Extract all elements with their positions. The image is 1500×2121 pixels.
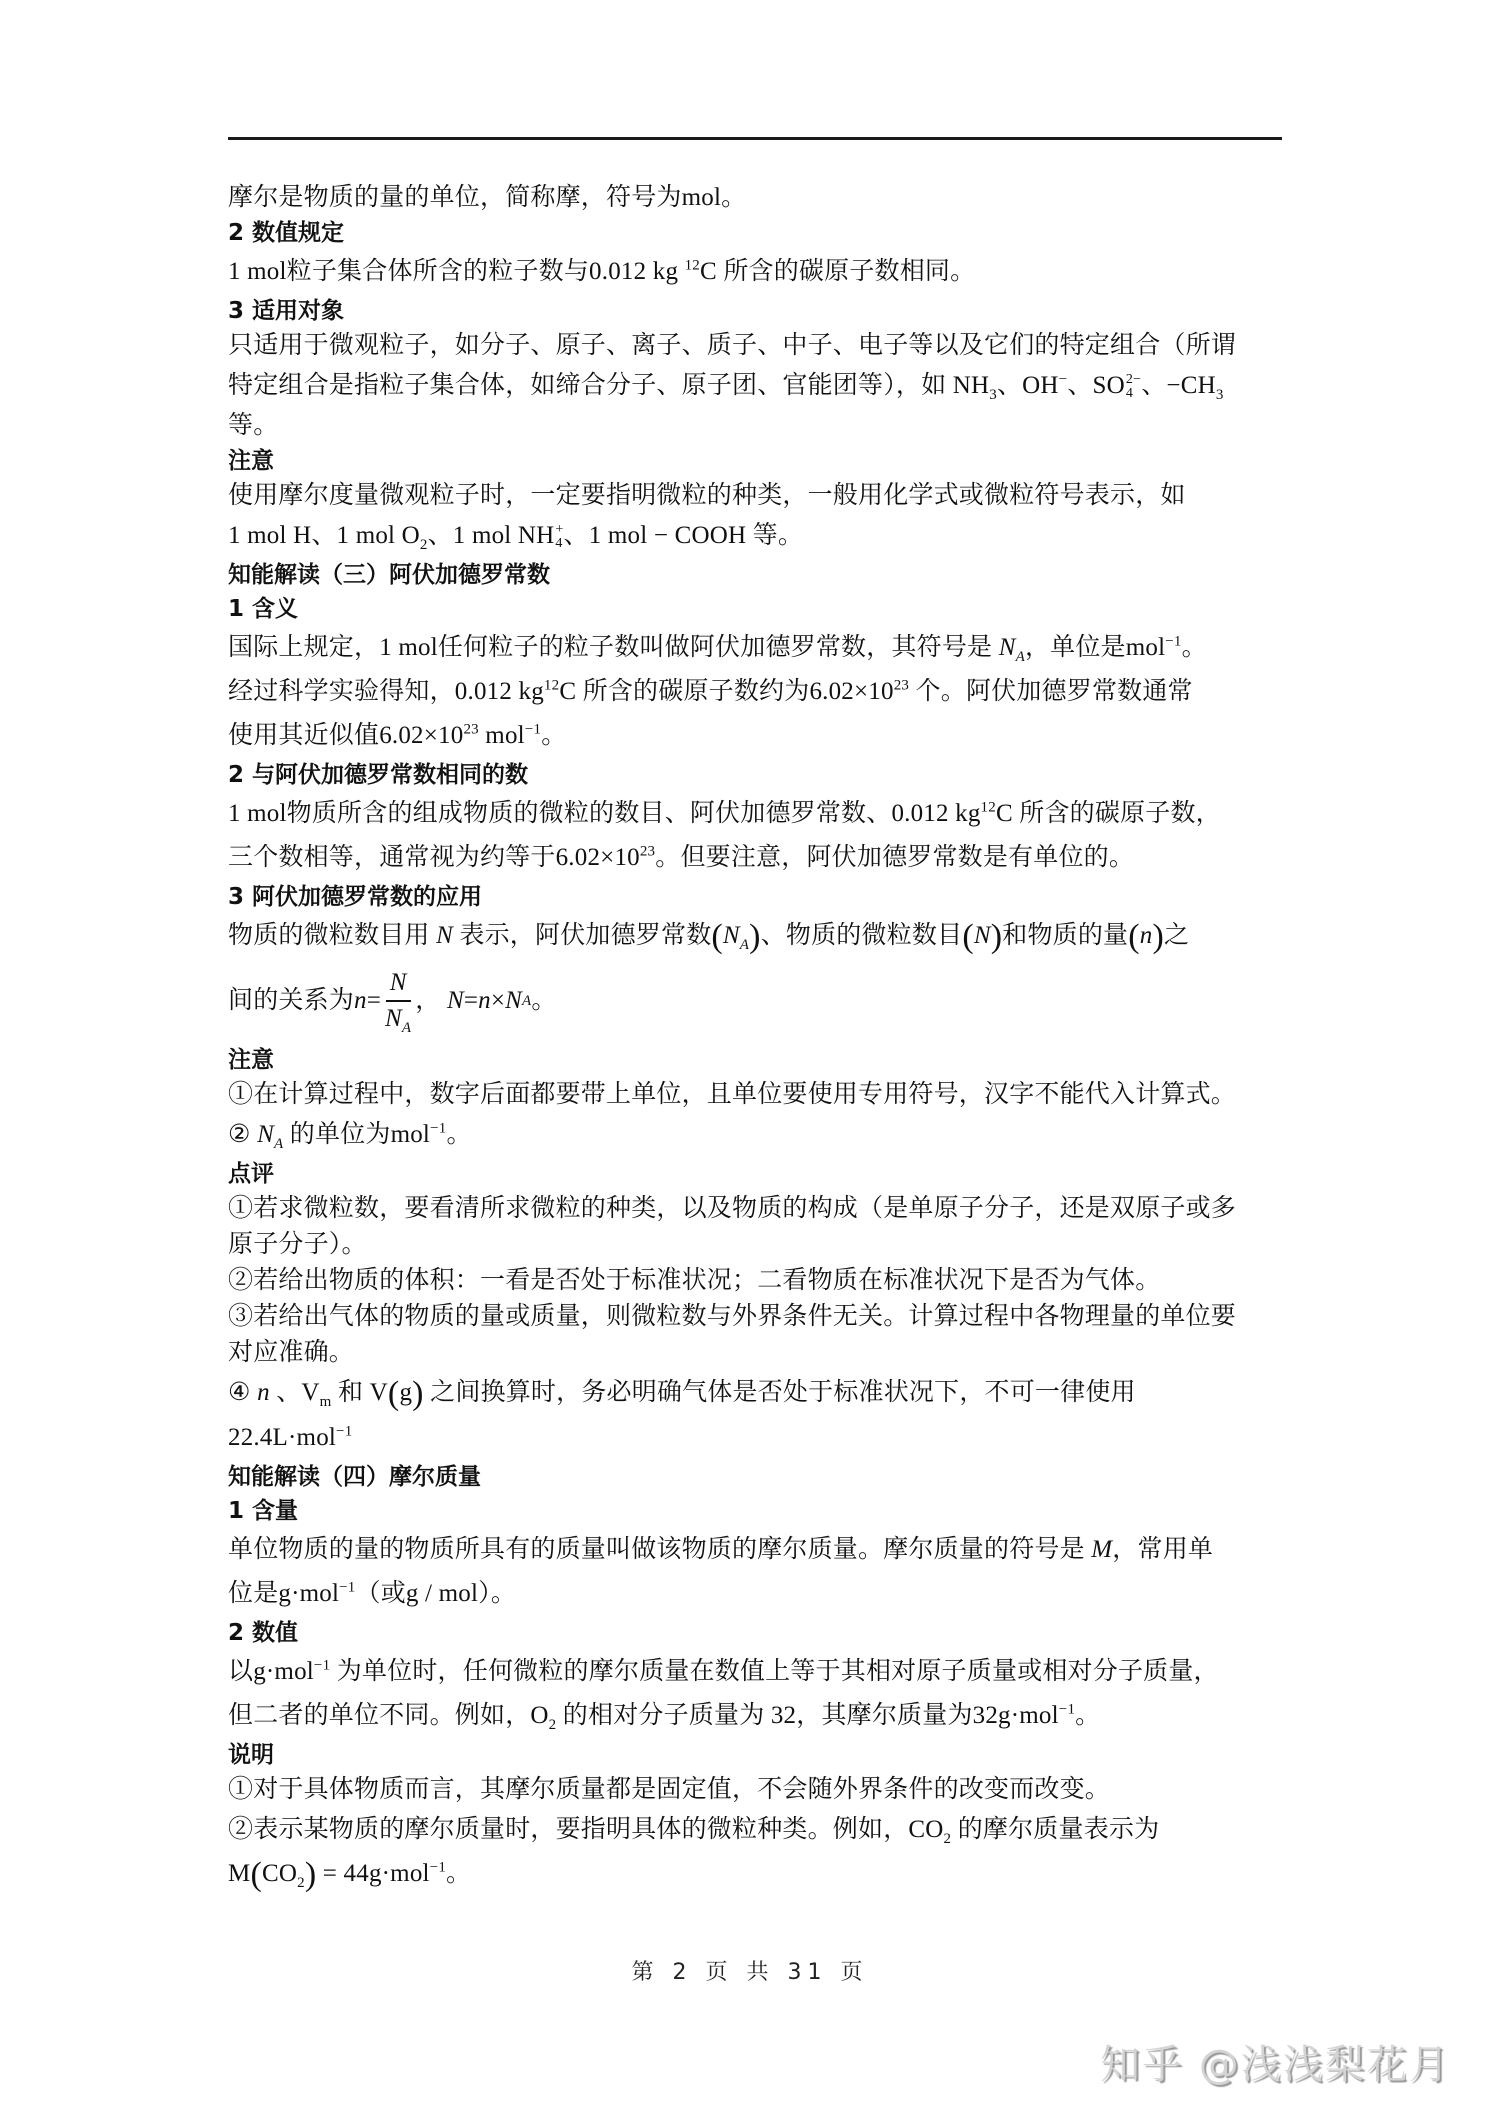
paragraph: 1 mol物质所含的组成物质的微粒的数目、阿伏加德罗常数、0.012 kg12C… xyxy=(228,792,1284,836)
paragraph: 1 mol粒子集合体所含的粒子数与0.012 kg 12C 所含的碳原子数相同。 xyxy=(228,250,1284,294)
paragraph: 原子分子）。 xyxy=(228,1227,1284,1263)
paragraph: 对应准确。 xyxy=(228,1335,1284,1371)
paragraph: ①若求微粒数，要看清所求微粒的种类，以及物质的构成（是单原子分子，还是双原子或多 xyxy=(228,1191,1284,1227)
watermark: 知乎 @浅浅梨花月 xyxy=(1100,2033,1451,2090)
paragraph: 物质的微粒数目用 N 表示，阿伏加德罗常数(NA)、物质的微粒数目(N)和物质的… xyxy=(228,914,1284,959)
review-heading: 点评 xyxy=(228,1157,1284,1191)
paragraph: 经过科学实验得知，0.012 kg12C 所含的碳原子数约为6.02×1023 … xyxy=(228,670,1284,714)
page-number: 第 2 页 共 31 页 xyxy=(0,1955,1500,1986)
paragraph: ② NA 的单位为mol−1。 xyxy=(228,1113,1284,1157)
paragraph: ④ n 、Vm 和 V(g) 之间换算时，务必明确气体是否处于标准状况下，不可一… xyxy=(228,1371,1284,1416)
note-heading: 注意 xyxy=(228,1043,1284,1077)
section-heading: 1 含义 xyxy=(228,592,1284,626)
paragraph: ③若给出气体的物质的量或质量，则微粒数与外界条件无关。计算过程中各物理量的单位要 xyxy=(228,1299,1284,1335)
paragraph: 1 mol H、1 mol O2、1 mol NH+4、1 mol − COOH… xyxy=(228,514,1284,558)
section-heading: 3 适用对象 xyxy=(228,294,1284,328)
document-body: 摩尔是物质的量的单位，简称摩，符号为mol。 2 数值规定 1 mol粒子集合体… xyxy=(228,180,1284,1897)
paragraph: 使用其近似值6.02×1023 mol−1。 xyxy=(228,714,1284,758)
formula-line: 间的关系为 n = NNA， N = n×NA。 xyxy=(228,959,1284,1043)
paragraph: ①对于具体物质而言，其摩尔质量都是固定值，不会随外界条件的改变而改变。 xyxy=(228,1772,1284,1808)
section-heading: 2 数值规定 xyxy=(228,216,1284,250)
paragraph: 使用摩尔度量微观粒子时，一定要指明微粒的种类，一般用化学式或微粒符号表示，如 xyxy=(228,478,1284,514)
note-heading: 注意 xyxy=(228,444,1284,478)
paragraph: 特定组合是指粒子集合体，如缔合分子、原子团、官能团等），如 NH3、OH−、SO… xyxy=(228,364,1284,408)
paragraph: 三个数相等，通常视为约等于6.02×1023。但要注意，阿伏加德罗常数是有单位的… xyxy=(228,836,1284,880)
explain-heading: 说明 xyxy=(228,1738,1284,1772)
paragraph: 位是g·mol−1（或g / mol）。 xyxy=(228,1572,1284,1616)
paragraph: 摩尔是物质的量的单位，简称摩，符号为mol。 xyxy=(228,180,1284,216)
chapter-heading: 知能解读（三）阿伏加德罗常数 xyxy=(228,558,1284,592)
paragraph: M(CO2) = 44g·mol−1。 xyxy=(228,1852,1284,1897)
section-heading: 3 阿伏加德罗常数的应用 xyxy=(228,880,1284,914)
paragraph: 只适用于微观粒子，如分子、原子、离子、质子、中子、电子等以及它们的特定组合（所谓 xyxy=(228,328,1284,364)
chapter-heading: 知能解读（四）摩尔质量 xyxy=(228,1460,1284,1494)
paragraph: ②表示某物质的摩尔质量时，要指明具体的微粒种类。例如，CO2 的摩尔质量表示为 xyxy=(228,1808,1284,1852)
paragraph: 国际上规定，1 mol任何粒子的粒子数叫做阿伏加德罗常数，其符号是 NA，单位是… xyxy=(228,626,1284,670)
section-heading: 2 与阿伏加德罗常数相同的数 xyxy=(228,758,1284,792)
paragraph: 等。 xyxy=(228,408,1284,444)
section-heading: 2 数值 xyxy=(228,1616,1284,1650)
paragraph: 但二者的单位不同。例如，O2 的相对分子质量为 32，其摩尔质量为32g·mol… xyxy=(228,1694,1284,1738)
paragraph: 单位物质的量的物质所具有的质量叫做该物质的摩尔质量。摩尔质量的符号是 M，常用单 xyxy=(228,1528,1284,1572)
section-heading: 1 含量 xyxy=(228,1494,1284,1528)
paragraph: 以g·mol−1 为单位时，任何微粒的摩尔质量在数值上等于其相对原子质量或相对分… xyxy=(228,1650,1284,1694)
header-rule xyxy=(228,137,1282,140)
paragraph: 22.4L·mol−1 xyxy=(228,1416,1284,1460)
paragraph: ②若给出物质的体积：一看是否处于标准状况；二看物质在标准状况下是否为气体。 xyxy=(228,1263,1284,1299)
paragraph: ①在计算过程中，数字后面都要带上单位，且单位要使用专用符号，汉字不能代入计算式。 xyxy=(228,1077,1284,1113)
fraction: NNA xyxy=(385,966,411,1036)
